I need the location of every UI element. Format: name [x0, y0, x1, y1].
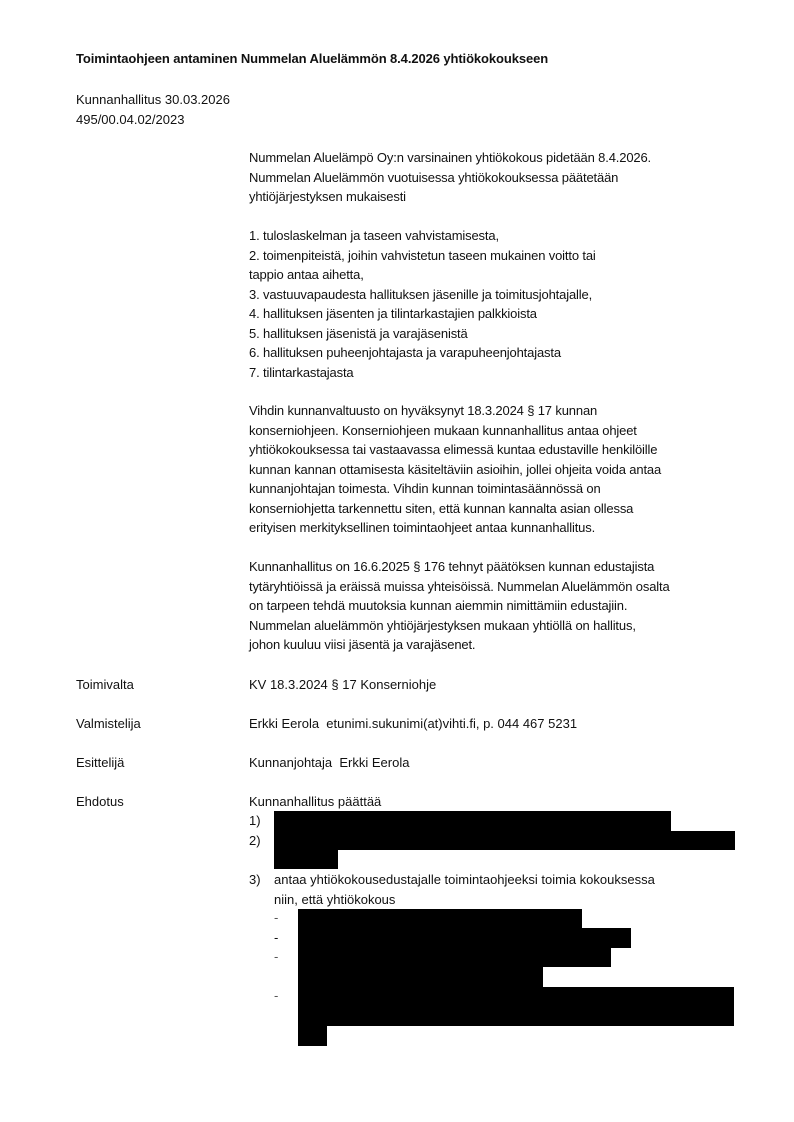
redaction-block [298, 928, 631, 948]
meeting-info: Kunnanhallitus 30.03.2026 [76, 90, 230, 110]
text-line: kunnanjohtajan toimesta. Vihdin kunnan t… [249, 479, 749, 499]
agenda-item: tappio antaa aihetta, [249, 265, 749, 285]
proposal-number-1: 1) [249, 811, 261, 831]
value-ehdotus: Kunnanhallitus päättää [249, 792, 381, 812]
redaction-block [274, 811, 671, 831]
redaction-block [298, 967, 543, 987]
text-line: johon kuuluu viisi jäsentä ja varajäsene… [249, 635, 749, 655]
redaction-block [274, 831, 735, 850]
agenda-item: 3. vastuuvapaudesta hallituksen jäsenill… [249, 285, 749, 305]
agenda-item: 6. hallituksen puheenjohtajasta ja varap… [249, 343, 749, 363]
paragraph-edustajat: Kunnanhallitus on 16.6.2025 § 176 tehnyt… [249, 557, 749, 655]
text-line: Nummelan Aluelämpö Oy:n varsinainen yhti… [249, 148, 749, 168]
text-line: Kunnanhallitus on 16.6.2025 § 176 tehnyt… [249, 557, 749, 577]
bullet-dash: - [274, 947, 278, 967]
text-line: konserniohjetta tarkennettu siten, että … [249, 499, 749, 519]
proposal-text-3: antaa yhtiökokousedustajalle toimintaohj… [274, 870, 655, 909]
redaction-block [298, 909, 582, 928]
value-toimivalta: KV 18.3.2024 § 17 Konserniohje [249, 675, 436, 695]
label-toimivalta: Toimivalta [76, 675, 134, 695]
text-line: antaa yhtiökokousedustajalle toimintaohj… [274, 870, 655, 890]
redaction-block [298, 1026, 327, 1046]
text-line: yhtiökokouksessa tai vastaavassa elimess… [249, 440, 749, 460]
text-line: konserniohjeen. Konserniohjeen mukaan ku… [249, 421, 749, 441]
value-esittelija: Kunnanjohtaja Erkki Eerola [249, 753, 409, 773]
text-line: Nummelan Aluelämmön vuotuisessa yhtiökok… [249, 168, 749, 188]
bullet-dash: - [274, 908, 278, 928]
text-line: niin, että yhtiökokous [274, 890, 655, 910]
label-esittelija: Esittelijä [76, 753, 124, 773]
paragraph-konserniohje: Vihdin kunnanvaltuusto on hyväksynyt 18.… [249, 401, 749, 538]
proposal-number-2: 2) [249, 831, 261, 851]
document-title: Toimintaohjeen antaminen Nummelan Aluelä… [76, 51, 548, 66]
redaction-block [298, 948, 611, 967]
document-page: Toimintaohjeen antaminen Nummelan Aluelä… [0, 0, 794, 1122]
text-line: on tarpeen tehdä muutoksia kunnan aiemmi… [249, 596, 749, 616]
redaction-block [298, 987, 734, 1026]
agenda-item: 5. hallituksen jäsenistä ja varajäsenist… [249, 324, 749, 344]
text-line: tytäryhtiöissä ja eräissä muissa yhteisö… [249, 577, 749, 597]
text-line: kunnan kannan ottamisesta käsiteltäviin … [249, 460, 749, 480]
bullet-dash: - [274, 986, 278, 1006]
intro-paragraph: Nummelan Aluelämpö Oy:n varsinainen yhti… [249, 148, 749, 207]
record-number: 495/00.04.02/2023 [76, 110, 230, 130]
proposal-number-3: 3) [249, 870, 261, 890]
redaction-block [274, 850, 338, 869]
agenda-item: 1. tuloslaskelman ja taseen vahvistamise… [249, 226, 749, 246]
text-line: Nummelan aluelämmön yhtiöjärjestyksen mu… [249, 616, 749, 636]
value-valmistelija: Erkki Eerola etunimi.sukunimi(at)vihti.f… [249, 714, 577, 734]
agenda-item: 2. toimenpiteistä, joihin vahvistetun ta… [249, 246, 749, 266]
label-ehdotus: Ehdotus [76, 792, 124, 812]
agenda-item: 4. hallituksen jäsenten ja tilintarkasta… [249, 304, 749, 324]
text-line: erityisen merkityksellinen toimintaohjee… [249, 518, 749, 538]
agenda-list: 1. tuloslaskelman ja taseen vahvistamise… [249, 226, 749, 382]
text-line: yhtiöjärjestyksen mukaisesti [249, 187, 749, 207]
agenda-item: 7. tilintarkastajasta [249, 363, 749, 383]
document-meta: Kunnanhallitus 30.03.2026 495/00.04.02/2… [76, 90, 230, 129]
text-line: Vihdin kunnanvaltuusto on hyväksynyt 18.… [249, 401, 749, 421]
bullet-dash: - [274, 928, 278, 948]
label-valmistelija: Valmistelija [76, 714, 141, 734]
